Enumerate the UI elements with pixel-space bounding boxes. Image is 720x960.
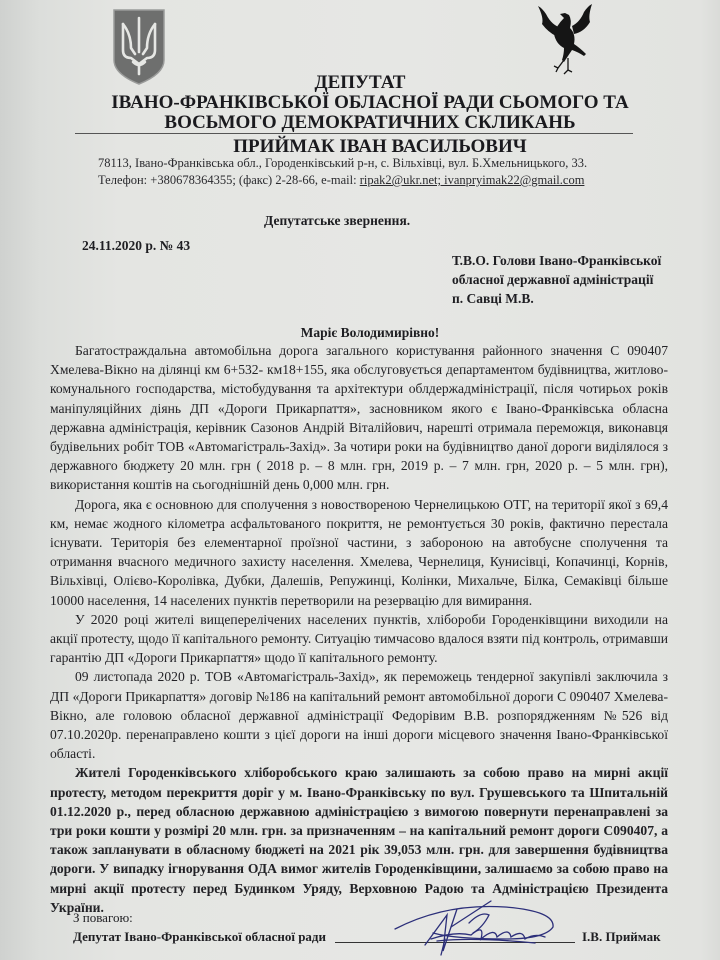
letter-body: Багатостраждальна автомобільна дорога за…	[50, 341, 668, 917]
signatory-name: І.В. Приймак	[582, 929, 661, 945]
eagle-emblem-icon	[534, 4, 596, 76]
header-organization-line-2: ВОСЬМОГО ДЕМОКРАТИЧНИХ СКЛИКАНЬ	[10, 112, 720, 134]
document-date-number: 24.11.2020 р. № 43	[82, 238, 190, 254]
header-divider	[75, 133, 633, 134]
salutation: Маріє Володимирівно!	[0, 325, 720, 341]
header-title: ДЕПУТАТ	[0, 72, 720, 94]
letter-paragraph: Дорога, яка є основною для сполучення з …	[50, 495, 668, 610]
header-organization-line-1: ІВАНО-ФРАНКІВСЬКОЇ ОБЛАСНОЇ РАДИ СЬОМОГО…	[10, 92, 720, 114]
handwritten-signature-icon	[385, 893, 585, 960]
contacts-phone-fax: Телефон: +380678364355; (факс) 2-28-66, …	[98, 173, 360, 187]
signatory-title: Депутат Івано-Франківської обласної ради	[73, 929, 326, 945]
letter-paragraph: У 2020 році жителі вищеперелічених насел…	[50, 610, 668, 668]
recipient-line: Т.В.О. Голови Івано-Франківської	[452, 251, 661, 270]
deputy-name: ПРИЙМАК ІВАН ВАСИЛЬОВИЧ	[20, 136, 720, 158]
contacts-emails[interactable]: ripak2@ukr.net; ivanpryimak22@gmail.com	[360, 173, 585, 187]
closing: З повагою:	[73, 910, 133, 926]
header-address: 78113, Івано-Франківська обл., Городенкі…	[98, 156, 587, 171]
letter-paragraph: 09 листопада 2020 р. ТОВ «Автомагістраль…	[50, 667, 668, 763]
document-page: ДЕПУТАТ ІВАНО-ФРАНКІВСЬКОЇ ОБЛАСНОЇ РАДИ…	[0, 0, 720, 960]
header-contacts: Телефон: +380678364355; (факс) 2-28-66, …	[98, 173, 584, 188]
recipient-line: п. Савці М.В.	[452, 289, 661, 308]
letter-paragraph: Багатостраждальна автомобільна дорога за…	[50, 341, 668, 495]
document-type: Депутатське звернення.	[264, 213, 410, 229]
recipient-line: обласної державної адміністрації	[452, 270, 661, 289]
recipient-block: Т.В.О. Голови Івано-Франківської обласно…	[452, 251, 661, 308]
